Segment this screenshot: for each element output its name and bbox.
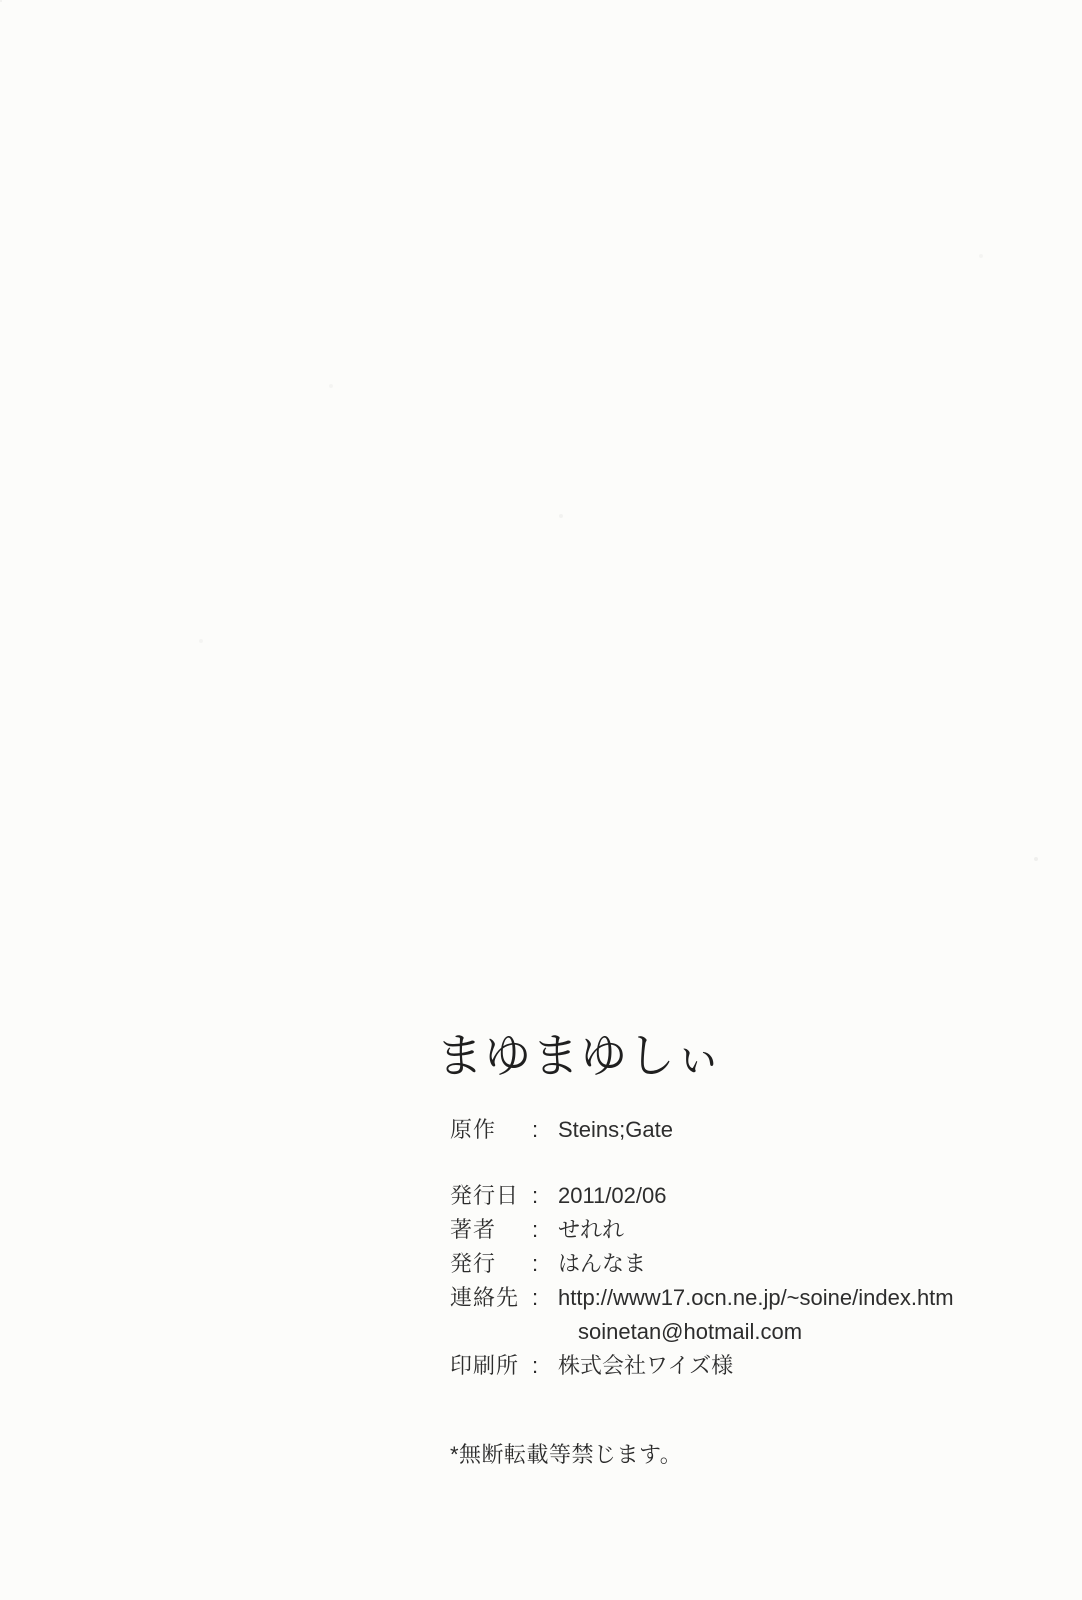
field-separator: : (532, 1118, 558, 1142)
field-label: 発行 (450, 1252, 532, 1276)
field-value: せれれ (558, 1218, 1010, 1242)
colophon-row-author: 著者 : せれれ (450, 1218, 1010, 1242)
doujin-title: まゆまゆしぃ (436, 1014, 723, 1099)
field-label: 原作 (450, 1118, 532, 1142)
colophon-row-publish-date: 発行日 : 2011/02/06 (450, 1184, 1010, 1208)
field-separator: : (532, 1184, 558, 1208)
field-separator: : (532, 1218, 558, 1242)
field-label: 連絡先 (450, 1286, 532, 1310)
colophon-row-original-work: 原作 : Steins;Gate (450, 1118, 1010, 1142)
field-separator: : (532, 1252, 558, 1276)
field-label: 著者 (450, 1218, 532, 1242)
contact-email: soinetan@hotmail.com (558, 1320, 1010, 1344)
field-value: Steins;Gate (558, 1118, 1010, 1142)
copyright-notice: *無断転載等禁じます。 (450, 1442, 682, 1468)
field-label: 印刷所 (450, 1354, 532, 1378)
contact-url: http://www17.ocn.ne.jp/~soine/index.htm (558, 1286, 1010, 1310)
field-label: 発行日 (450, 1184, 532, 1208)
field-value: はんなま (558, 1252, 1010, 1276)
scan-noise (0, 0, 2, 2)
field-value: 2011/02/06 (558, 1184, 1010, 1208)
colophon-row-contact-url: 連絡先 : http://www17.ocn.ne.jp/~soine/inde… (450, 1286, 1010, 1310)
field-separator: : (532, 1286, 558, 1310)
colophon-row-publisher: 発行 : はんなま (450, 1252, 1010, 1276)
colophon-block: 原作 : Steins;Gate 発行日 : 2011/02/06 著者 : せ… (450, 1118, 1010, 1388)
colophon-row-printer: 印刷所 : 株式会社ワイズ様 (450, 1354, 1010, 1378)
field-value: 株式会社ワイズ様 (558, 1354, 1010, 1378)
scanned-colophon-page: まゆまゆしぃ 原作 : Steins;Gate 発行日 : 2011/02/06… (0, 0, 1082, 1600)
field-separator: : (532, 1354, 558, 1378)
colophon-row-contact-email: soinetan@hotmail.com (450, 1320, 1010, 1344)
